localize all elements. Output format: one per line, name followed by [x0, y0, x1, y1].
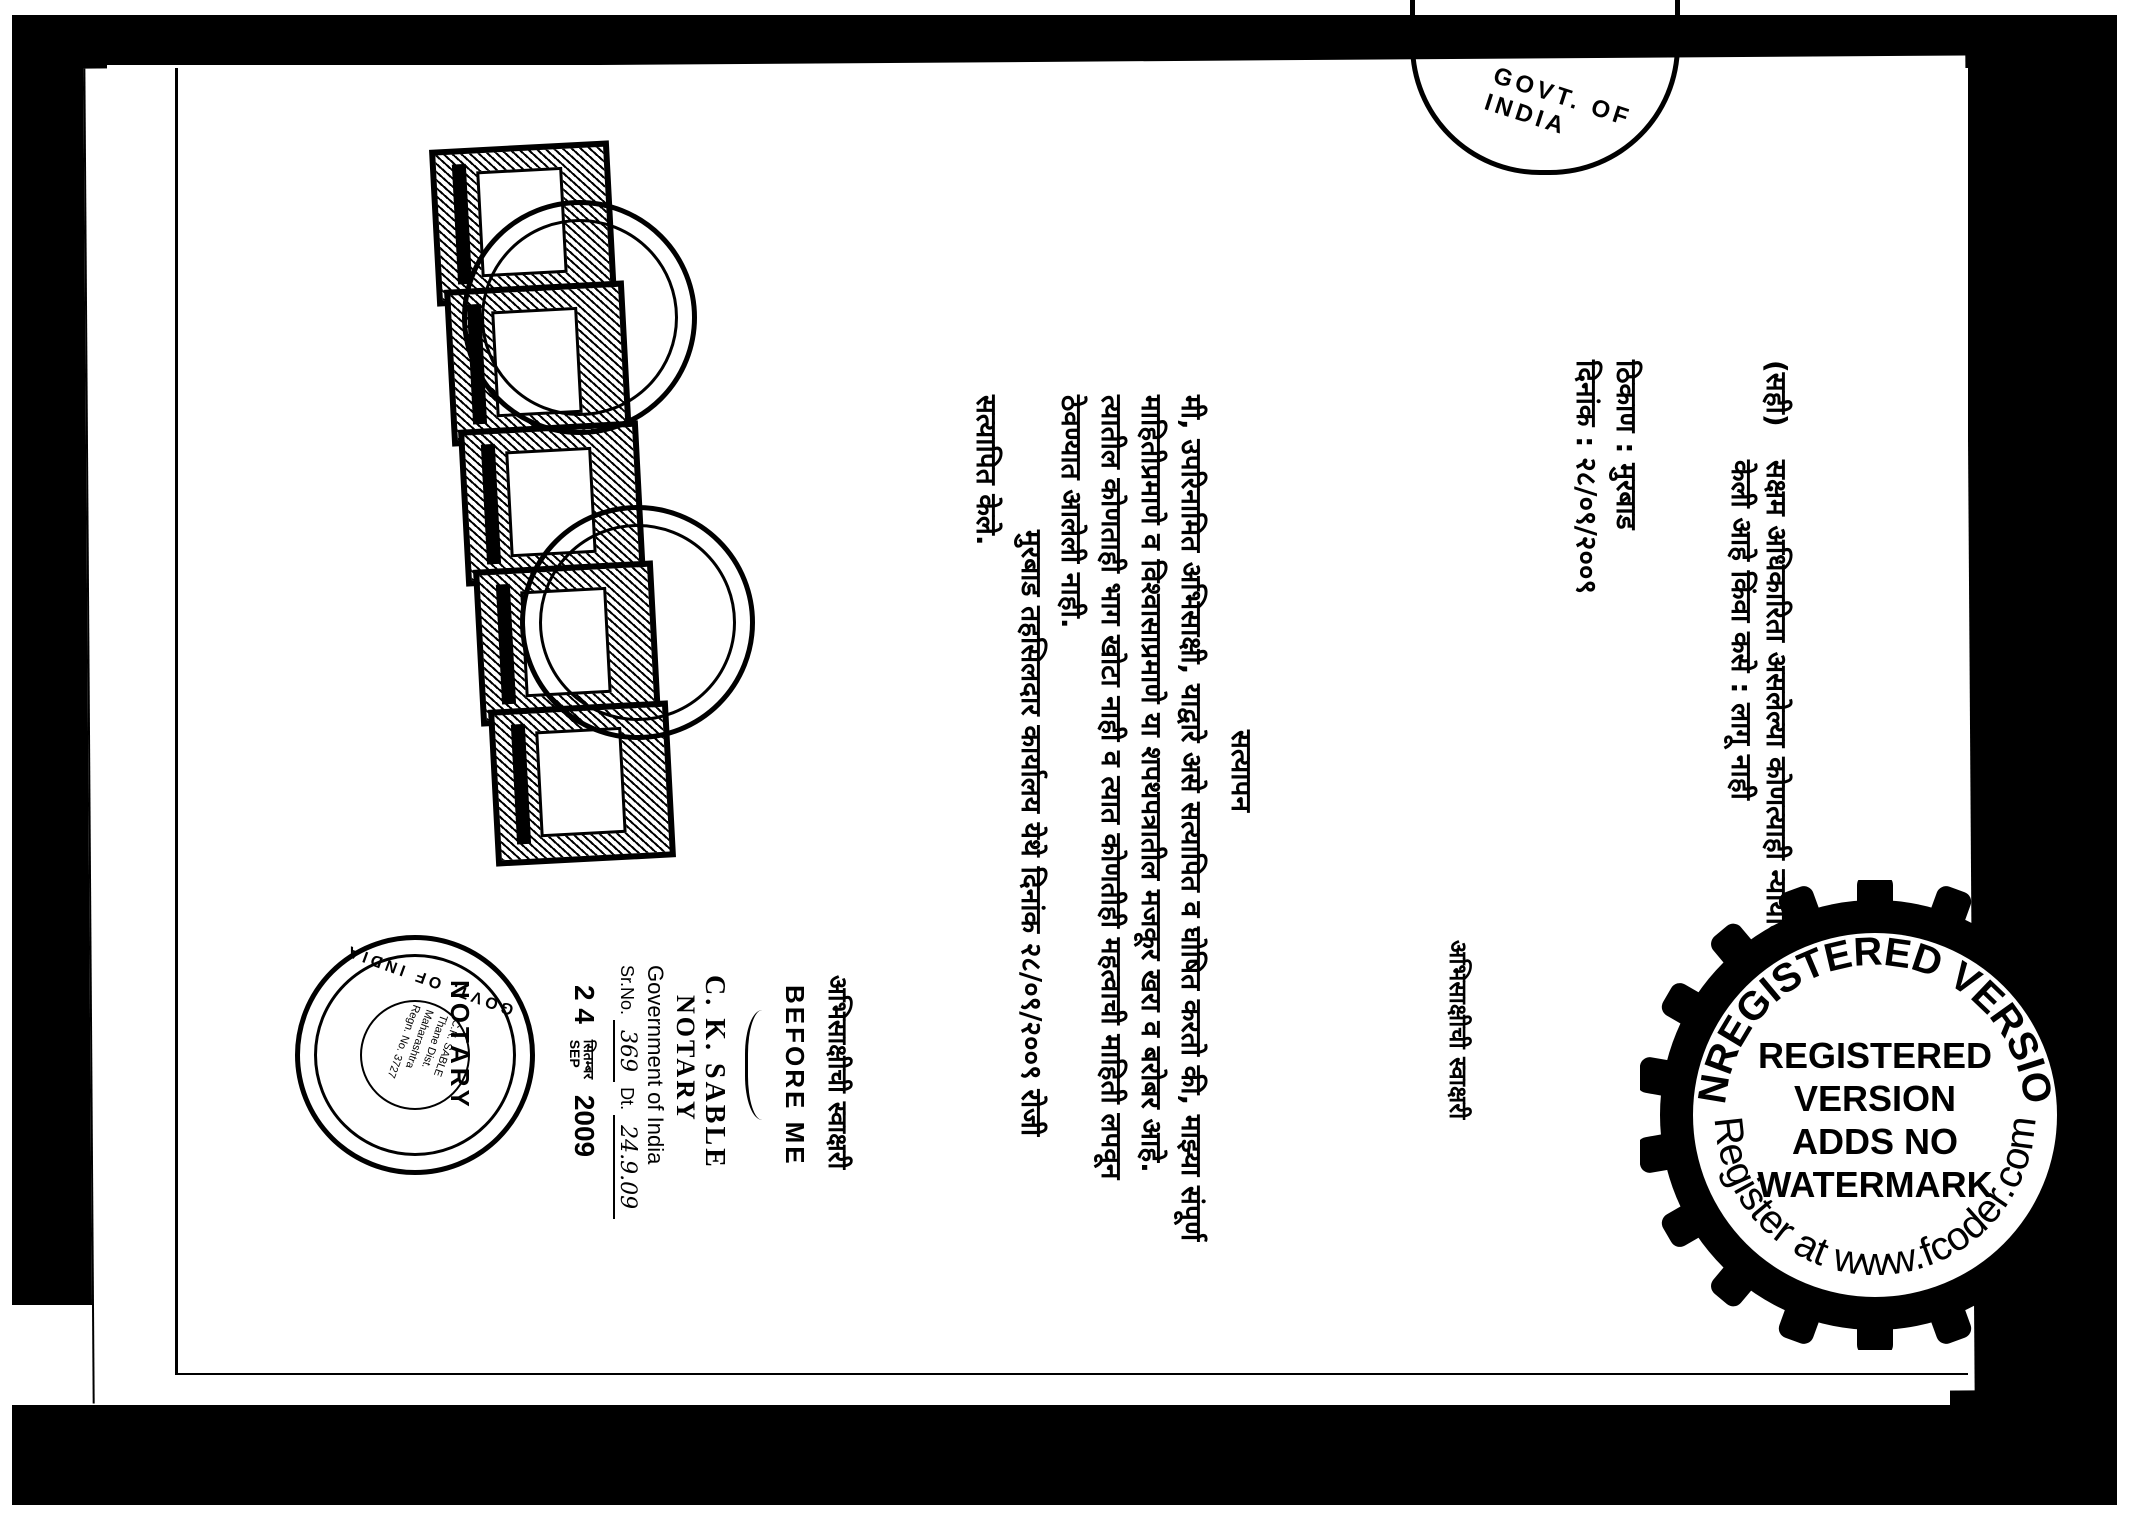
watermark-seal: UNREGISTERED VERSION Register at www.fco…	[1640, 880, 2110, 1350]
date-stamp-year: 2009	[569, 1095, 600, 1157]
date-field: दिनांक : २८/०९/२००९	[1572, 360, 1600, 594]
notary-title: NOTARY	[670, 995, 700, 1123]
watermark-line: VERSION	[1640, 1078, 2110, 1120]
notary-seal-on-stamps	[462, 200, 697, 435]
place-field: ठिकाण : मुरबाड	[1612, 360, 1640, 530]
date-stamp-day: 2 4	[569, 985, 600, 1024]
deponent-signature-label-left: अभिसाक्षीची स्वाक्षरी	[824, 975, 850, 1169]
sr-no-value: 369	[613, 1020, 640, 1082]
notary-seal-on-stamps	[520, 505, 755, 740]
date-stamp: 2 4 सितम्बर SEP 2009	[568, 985, 600, 1157]
watermark-line: WATERMARK	[1640, 1164, 2110, 1206]
notary-name: C. K. SABLE	[698, 975, 730, 1170]
verification-line: मुरबाड तहसिलदार कार्यालय येथे दिनांक २८/…	[1017, 530, 1045, 1136]
watermark-line: ADDS NO	[1640, 1121, 2110, 1163]
deponent-signature-label-right: अभिसाक्षीची स्वाक्षरी	[1446, 940, 1470, 1119]
dt-value: 24.9.09	[613, 1115, 640, 1219]
watermark-line: REGISTERED	[1640, 1035, 2110, 1077]
verification-line: मी, उपरिनामित अभिसाक्षी, याद्वारे असे सत…	[1177, 395, 1205, 1241]
notary-seal-round: NOTARY GOVT. OF INDIA C.K. SABLE Thane D…	[295, 935, 535, 1175]
dt-label: Dt.	[617, 1087, 637, 1110]
sr-no-row: Sr.No. 369 Dt. 24.9.09	[615, 965, 640, 1219]
date-stamp-month-mr: सितम्बर	[581, 1040, 597, 1079]
notary-signature-scribble	[745, 1010, 788, 1120]
sr-no-label: Sr.No.	[617, 965, 637, 1015]
verification-heading: सत्यापन	[1227, 730, 1255, 812]
date-stamp-month: SEP	[567, 1040, 583, 1068]
competent-authority-line-2: केली आहे किंवा कसे : लागू नाही	[1727, 460, 1755, 800]
signature-marker: (सही)	[1762, 360, 1790, 427]
notary-government: Government of India	[642, 965, 668, 1164]
verification-line: त्यातील कोणताही भाग खोटा नाही व त्यात को…	[1097, 395, 1125, 1179]
scan-border-bottom	[12, 1405, 2117, 1505]
verification-line: माहितीप्रमाणे व विश्वासाप्रमाणे या शपथपत…	[1137, 395, 1165, 1173]
verification-line: ठेवण्यात आलेली नाही.	[1057, 395, 1085, 628]
verification-line: सत्यापित केले.	[972, 395, 1000, 546]
